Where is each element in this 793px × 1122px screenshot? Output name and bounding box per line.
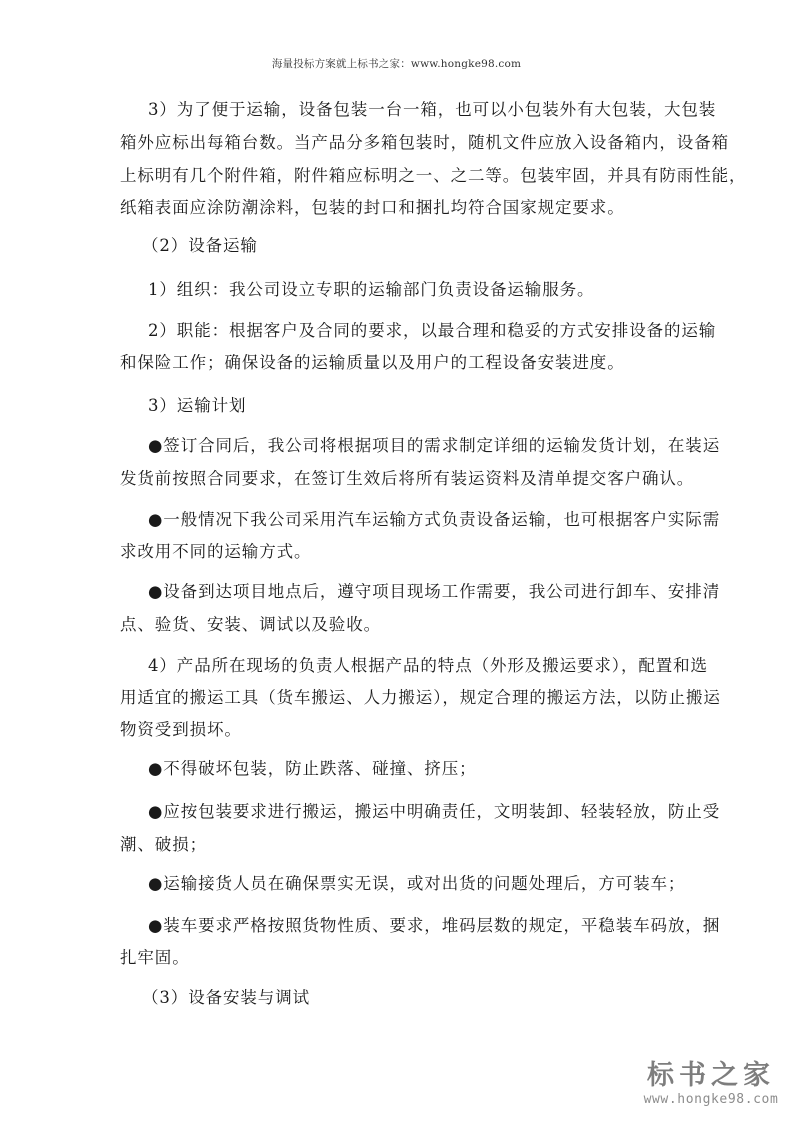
paragraph-line: ●不得破坏包装，防止跌落、碰撞、挤压； [148, 758, 676, 780]
paragraph-line: ●设备到达项目地点后，遵守项目现场工作需要，我公司进行卸车、安排清 [148, 581, 676, 603]
section-heading: （3）设备安装与调试 [142, 987, 670, 1009]
paragraph-line: 上标明有几个附件箱，附件箱应标明之一、之二等。包装牢固，并具有防雨性能， [120, 165, 676, 187]
paragraph-line: 求改用不同的运输方式。 [120, 541, 676, 563]
paragraph-line: 1）组织：我公司设立专职的运输部门负责设备运输服务。 [148, 279, 676, 301]
watermark-url: www.hongke98.com [636, 1092, 786, 1108]
paragraph-line: 3）为了便于运输，设备包装一台一箱，也可以小包装外有大包装，大包装 [148, 99, 676, 121]
corner-watermark-logo: 标书之家 www.hongke98.com [636, 1060, 786, 1108]
section-heading: （2）设备运输 [142, 235, 670, 257]
paragraph-line: 扎牢固。 [120, 947, 676, 969]
paragraph-line: 用适宜的搬运工具（货车搬运、人力搬运），规定合理的搬运方法，以防止搬运 [120, 687, 676, 709]
paragraph-line: 潮、破损； [120, 834, 676, 856]
paragraph-line: ●一般情况下我公司采用汽车运输方式负责设备运输，也可根据客户实际需 [148, 509, 676, 531]
paragraph-line: 点、验货、安装、调试以及验收。 [120, 614, 676, 636]
paragraph-line: ●装车要求严格按照货物性质、要求，堆码层数的规定，平稳装车码放，捆 [148, 915, 676, 937]
watermark-title: 标书之家 [636, 1060, 786, 1092]
paragraph-line: ●签订合同后，我公司将根据项目的需求制定详细的运输发货计划，在装运 [148, 435, 676, 457]
paragraph-line: 箱外应标出每箱台数。当产品分多箱包装时，随机文件应放入设备箱内，设备箱 [120, 132, 676, 154]
paragraph-line: ●应按包装要求进行搬运，搬运中明确责任，文明装卸、轻装轻放，防止受 [148, 801, 676, 823]
paragraph-line: 3）运输计划 [148, 395, 676, 417]
page-header-watermark: 海量投标方案就上标书之家：www.hongke98.com [0, 56, 793, 71]
paragraph-line: 2）职能：根据客户及合同的要求，以最合理和稳妥的方式安排设备的运输 [148, 320, 676, 342]
paragraph-line: 4）产品所在现场的负责人根据产品的特点（外形及搬运要求），配置和选 [148, 655, 676, 677]
paragraph-line: 发货前按照合同要求，在签订生效后将所有装运资料及清单提交客户确认。 [120, 468, 676, 490]
paragraph-line: 和保险工作；确保设备的运输质量以及用户的工程设备安装进度。 [120, 352, 676, 374]
paragraph-line: 纸箱表面应涂防潮涂料，包装的封口和捆扎均符合国家规定要求。 [120, 197, 676, 219]
paragraph-line: 物资受到损坏。 [120, 719, 676, 741]
paragraph-line: ●运输接货人员在确保票实无误，或对出货的问题处理后，方可装车； [148, 873, 676, 895]
